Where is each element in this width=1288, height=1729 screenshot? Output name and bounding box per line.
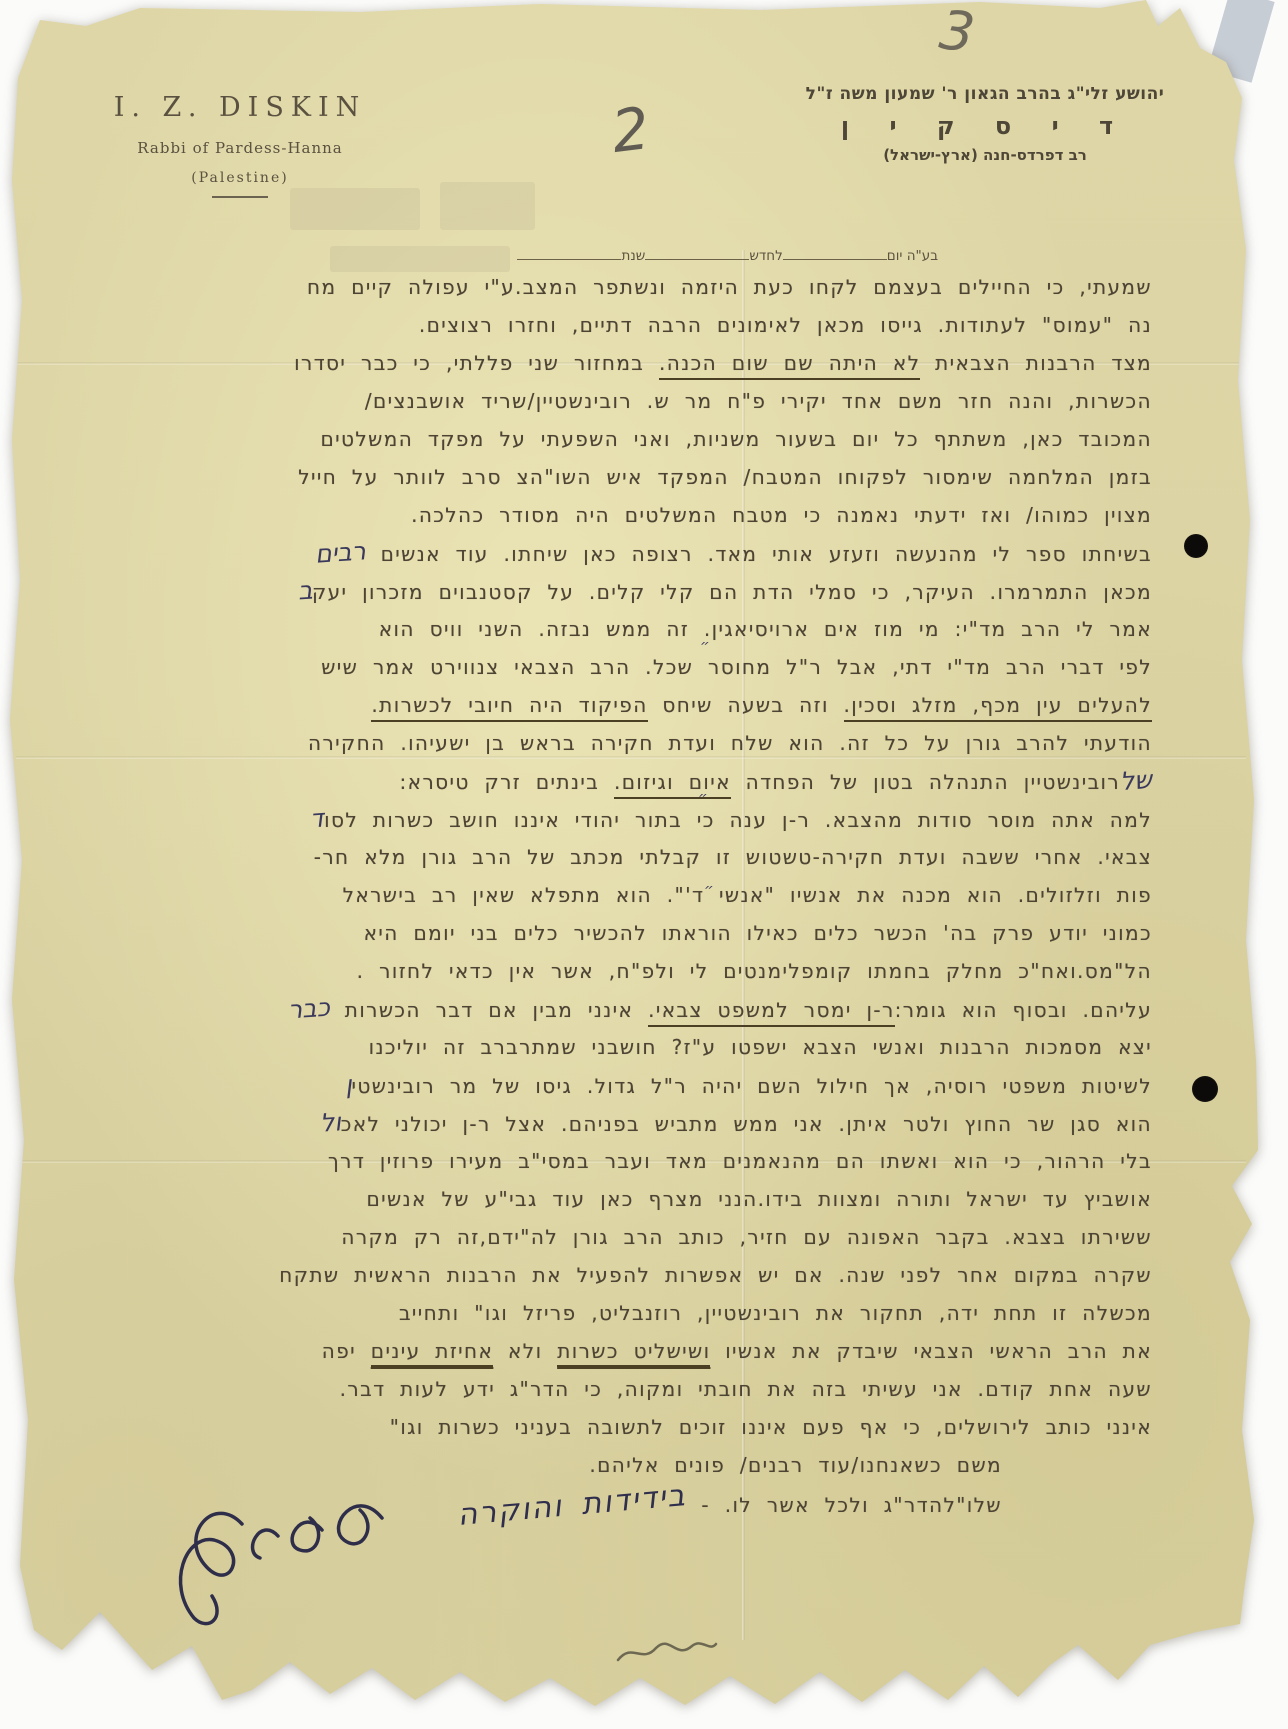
body-line: כמוני יודע פרק בה' הכשר כלים כאילו הוראת… [96,914,1152,952]
typewritten-text: בזמן המלחמה שימסור לפקוחו המטבח/ המפקד א… [298,465,1152,489]
typewritten-text: מכאן התמרמרו. העיקר, כי סמלי הדת הם קלי … [312,580,1152,604]
body-line: נה "עמוס" לעתודות. גייסו מכאן לאימונים ה… [96,306,1152,344]
body-line: הוא סגן שר החוץ ולטר איתן. אני ממש מתביש… [96,1104,1152,1142]
handwritten-correction: ב [296,572,313,611]
typewritten-text: בלי הרהור, כי הוא ואשתו הם מהנאמנים מאד … [328,1149,1152,1173]
typewritten-text: לשיטות משפטי רוסיה, אך חילול השם יהיה ר"… [351,1074,1152,1098]
typewritten-text: משם כשאנחנו/עוד רבנים/ פונים אליהם. [589,1453,1002,1477]
typewritten-text: יפה [322,1339,371,1363]
body-line: בשיחתו ספר לי מהנעשה וזעזע אותי מאד. רצו… [96,534,1152,572]
typewritten-text: כמוני יודע פרק בה' הכשר כלים כאילו הוראת… [364,921,1152,945]
typewritten-text: עליהם. ובסוף הוא גומר: [895,998,1152,1022]
typewritten-text: בשיחתו ספר לי מהנעשה וזעזע אותי מאד. רצו… [366,542,1152,566]
date-day-blank [783,246,887,260]
typewritten-text: בינתים זרק טיסרא: [400,770,614,794]
body-line: פות וזלזולים. הוא מכנה את אנשיו "אנשי ד'… [96,876,1152,914]
ink-blot [1184,534,1208,558]
body-line: הל"מס.ואח"כ מחלק בחמתו קומפלימנטים לי ול… [96,952,1152,990]
underlined-typewritten-text: ושישליט כשרות [557,1339,710,1367]
typewritten-text: למה אתה מוסר סודות מהצבא. ר-ן ענה כי בתו… [324,808,1152,832]
body-line: את הרב הראשי הצבאי שיבדק את אנשיו ושישלי… [96,1332,1152,1370]
letterhead-location-he: רב דפרדס-חנה (ארץ-ישראל) [790,146,1180,164]
typewritten-text: הל"מס.ואח"כ מחלק בחמתו קומפלימנטים לי ול… [357,959,1152,983]
typewritten-text: שלו"להדר"ג ולכל אשר לו. - [687,1493,1002,1517]
body-line: הודעתי להרב גורן על כל זה. הוא שלח ועדת … [96,724,1152,762]
typewritten-text: מצד הרבנות הצבאית [920,351,1152,375]
typewritten-text: לפי דברי הרב מד"י דתי, אבל ר"ל מחוסר שכל… [321,655,1152,679]
body-line: מצוין כמוהו/ ואז ידעתי נאמנה כי מטבח המש… [96,496,1152,534]
body-line: של רובינשטיין התנהלה בטון של הפחדה איום … [96,762,1152,800]
typewritten-text: צבאי. אחרי ששבה ועדת חקירה-טשטוש זו קבלת… [314,845,1152,869]
letterhead-name-he: ד י ס ק י ן [790,112,1180,140]
typewritten-text: ולא [493,1339,557,1363]
body-line: מצד הרבנות הצבאית לא היתה שם שום הכנה. ב… [96,344,1152,382]
letterhead-name-en: I. Z. DISKIN [100,92,380,123]
body-line: בלי הרהור, כי הוא ואשתו הם מהנאמנים מאד … [96,1142,1152,1180]
letterhead-divider [212,196,268,198]
date-line: בע"ה יוםלחדששנת [418,246,938,264]
handwritten-correction: ד [309,800,325,839]
body-line: למה אתה מוסר סודות מהצבא. ר-ן ענה כי בתו… [96,800,1152,838]
typewritten-text: רובינשטיין התנהלה בטון של הפחדה [731,770,1120,794]
body-line: מכאן התמרמרו. העיקר, כי סמלי הדת הם קלי … [96,572,1152,610]
body-line: אושביץ עד ישראל ותורה ומצוות בידו.הנני מ… [96,1180,1152,1218]
typewritten-text: פות וזלזולים. הוא מכנה את אנשיו "אנשי ד'… [343,883,1152,907]
body-line: שקרה במקום אחר לפני שנה. אם יש אפשרות לה… [96,1256,1152,1294]
typewritten-text: שעה אחת קודם. אני עשיתי בזה את חובתי ומק… [340,1377,1152,1401]
handwritten-correction: של [1119,761,1153,801]
typewritten-text: אושביץ עד ישראל ותורה ומצוות בידו.הנני מ… [366,1187,1152,1211]
typewritten-text: אינני כותב לירושלים, כי אף פעם איננו זוכ… [390,1415,1152,1439]
date-bsd-day-label: בע"ה יום [887,248,938,264]
letterhead-location-en: (Palestine) [100,170,380,186]
date-month-blank [645,246,749,260]
typewritten-text: מצוין כמוהו/ ואז ידעתי נאמנה כי מטבח המש… [411,503,1152,527]
body-line: מכשלה זו תחת ידה, תחקור את רובינשטיין, ר… [96,1294,1152,1332]
typewritten-text: נה "עמוס" לעתודות. גייסו מכאן לאימונים ה… [419,313,1152,337]
handwritten-correction: כבר [287,989,331,1030]
typewritten-text: שקרה במקום אחר לפני שנה. אם יש אפשרות לה… [279,1263,1152,1287]
typewritten-text: שמעתי, כי החיילים בעצמם לקחו כעת היזמה ו… [307,275,1152,299]
ink-tick: ״ [704,880,714,898]
body-line: צבאי. אחרי ששבה ועדת חקירה-טשטוש זו קבלת… [96,838,1152,876]
body-line: יצא מסמכות הרבנות ואנשי הצבא ישפטו ע"ז? … [96,1028,1152,1066]
underlined-typewritten-text: להעלים עין מכף, מזלג וסכין. [844,693,1152,722]
underlined-typewritten-text: הפיקוד היה חיובי לכשרות. [371,693,647,722]
underlined-typewritten-text: אחיזת עינים [371,1339,493,1367]
erased-smudge [290,188,420,230]
body-line: שעה אחת קודם. אני עשיתי בזה את חובתי ומק… [96,1370,1152,1408]
ink-tick: ״ [698,788,708,806]
handwritten-closing: בידידות והוקרה [456,1477,688,1535]
letterhead-english: I. Z. DISKIN Rabbi of Pardess-Hanna (Pal… [100,92,380,198]
body-line: בזמן המלחמה שימסור לפקוחו המטבח/ המפקד א… [96,458,1152,496]
typewritten-text: וזה בשעה שיחס [648,693,844,717]
body-line: לשיטות משפטי רוסיה, אך חילול השם יהיה ר"… [96,1066,1152,1104]
signature-flourish [150,1468,400,1638]
underlined-typewritten-text: לא היתה שם שום הכנה. [659,351,920,380]
body-line: להעלים עין מכף, מזלג וסכין. וזה בשעה שיח… [96,686,1152,724]
page-number-side: 2 [608,94,653,166]
typewritten-text: מכשלה זו תחת ידה, תחקור את רובינשטיין, ר… [399,1301,1152,1325]
letterhead-hebrew: יהושע זלי"ג בהרב הגאון ר' שמעון משה ז"ל … [790,84,1180,164]
underlined-typewritten-text: איום וגיזום. [614,770,731,799]
date-month-label: לחדש [749,248,782,264]
body-line: עליהם. ובסוף הוא גומר:ר-ן ימסר למשפט צבא… [96,990,1152,1028]
typewritten-text: הכשרות, והנה חזר משם אחד יקירי פ"ח מר ש.… [365,389,1152,413]
typewritten-text: ששירתו בצבא. בקבר האפונה עם חזיר, כותב ה… [341,1225,1152,1249]
typewritten-text: את הרב הראשי הצבאי שיבדק את אנשיו [710,1339,1152,1363]
handwritten-correction: רבים [314,532,367,573]
typewritten-text: אינני מבין אם דבר הכשרות [330,998,648,1022]
handwritten-correction: ול [318,1103,342,1142]
typewritten-text: הוא סגן שר החוץ ולטר איתן. אני ממש מתביש… [341,1112,1152,1136]
body-line: המכובד כאן, משתתף כל יום בשעור משניות, ו… [96,420,1152,458]
body-line: הכשרות, והנה חזר משם אחד יקירי פ"ח מר ש.… [96,382,1152,420]
letter-paper: I. Z. DISKIN Rabbi of Pardess-Hanna (Pal… [0,0,1288,1729]
typewritten-text: הודעתי להרב גורן על כל זה. הוא שלח ועדת … [308,731,1152,755]
letterhead-title-en: Rabbi of Pardess-Hanna [100,139,380,157]
letterhead-lineage-he: יהושע זלי"ג בהרב הגאון ר' שמעון משה ז"ל [790,84,1180,104]
letter-body: שמעתי, כי החיילים בעצמם לקחו כעת היזמה ו… [96,268,1152,1522]
handwritten-correction: ן [343,1066,352,1104]
body-line: ששירתו בצבא. בקבר האפונה עם חזיר, כותב ה… [96,1218,1152,1256]
body-line: אמר לי הרב מד"י: מי מוז אים ארויסיאגין. … [96,610,1152,648]
ink-blot [1192,1076,1218,1102]
erased-smudge [440,182,535,230]
date-year-blank [517,246,621,260]
scanned-letter-page: I. Z. DISKIN Rabbi of Pardess-Hanna (Pal… [0,0,1288,1729]
body-line: אינני כותב לירושלים, כי אף פעם איננו זוכ… [96,1408,1152,1446]
page-number-top: 3 [936,0,978,65]
letter-paper-wrap: I. Z. DISKIN Rabbi of Pardess-Hanna (Pal… [0,0,1288,1729]
date-year-label: שנת [621,248,645,264]
typewritten-text: יצא מסמכות הרבנות ואנשי הצבא ישפטו ע"ז? … [369,1035,1152,1059]
ink-tick: ״ [700,636,710,654]
pencil-scribble [612,1632,722,1672]
underlined-typewritten-text: ר-ן ימסר למשפט צבאי. [648,998,895,1027]
typewritten-text: במחזור שני פללתי, כי כבר יסדרו [294,351,659,375]
typewritten-text: אמר לי הרב מד"י: מי מוז אים ארויסיאגין. … [379,617,1152,641]
body-line: לפי דברי הרב מד"י דתי, אבל ר"ל מחוסר שכל… [96,648,1152,686]
typewritten-text: המכובד כאן, משתתף כל יום בשעור משניות, ו… [320,427,1152,451]
body-line: שמעתי, כי החיילים בעצמם לקחו כעת היזמה ו… [96,268,1152,306]
